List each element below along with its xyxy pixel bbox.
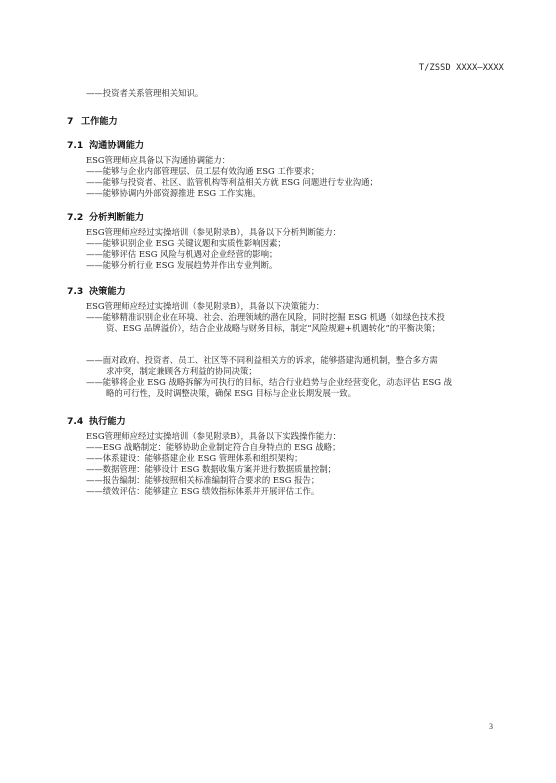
subsection-heading-7-1: 7.1沟通协调能力 bbox=[67, 137, 144, 151]
list-item: ——能够分析行业 ESG 发展趋势并作出专业判断。 bbox=[86, 260, 277, 271]
previous-list-item: ——投资者关系管理相关知识。 bbox=[86, 88, 203, 99]
section-title: 工作能力 bbox=[81, 116, 118, 127]
list-item: ——能够精准识别企业在环境、社会、治理领域的潜在风险，同时挖掘 ESG 机遇（如… bbox=[86, 312, 445, 323]
list-item: ——能够将企业 ESG 战略拆解为可执行的目标，结合行业趋势与企业经营变化，动态… bbox=[86, 377, 452, 388]
subsection-title: 分析判断能力 bbox=[89, 212, 144, 223]
list-item: ——报告编制：能够按照相关标准编制符合要求的 ESG 报告； bbox=[86, 475, 319, 486]
subsection-heading-7-4: 7.4执行能力 bbox=[67, 413, 126, 427]
subsection-intro: ESG管理师应经过实操培训（参见附录B），具备以下分析判断能力： bbox=[86, 227, 341, 238]
subsection-intro: ESG管理师应经过实操培训（参见附录B），具备以下决策能力： bbox=[86, 301, 324, 312]
list-item: ——数据管理：能够设计 ESG 数据收集方案并进行数据质量控制； bbox=[86, 464, 336, 475]
list-item: ——能够与投资者、社区、监管机构等利益相关方就 ESG 问题进行专业沟通； bbox=[86, 177, 378, 188]
subsection-number: 7.1 bbox=[67, 140, 89, 151]
subsection-heading-7-2: 7.2分析判断能力 bbox=[67, 209, 144, 223]
subsection-number: 7.4 bbox=[67, 416, 89, 427]
list-item: ——能够与企业内部管理层、员工层有效沟通 ESG 工作要求； bbox=[86, 166, 319, 177]
section-heading-7: 7工作能力 bbox=[67, 113, 118, 127]
list-item-continuation: 求冲突，制定兼顾各方利益的协同决策； bbox=[106, 366, 257, 377]
list-item: ——能够协调内外部资源推进 ESG 工作实施。 bbox=[86, 188, 261, 199]
list-item: ——能够评估 ESG 风险与机遇对企业经营的影响； bbox=[86, 249, 277, 260]
subsection-number: 7.3 bbox=[67, 286, 89, 297]
subsection-heading-7-3: 7.3决策能力 bbox=[67, 283, 126, 297]
list-item: ——绩效评估：能够建立 ESG 绩效指标体系并开展评估工作。 bbox=[86, 486, 319, 497]
subsection-intro: ESG管理师应具备以下沟通协调能力： bbox=[86, 155, 230, 166]
subsection-title: 决策能力 bbox=[89, 286, 126, 297]
list-item: ——能够识别企业 ESG 关键议题和实质性影响因素； bbox=[86, 238, 286, 249]
list-item: ——体系建设：能够搭建企业 ESG 管理体系和组织架构； bbox=[86, 453, 303, 464]
page-number: 3 bbox=[489, 722, 493, 731]
subsection-intro: ESG管理师应经过实操培训（参见附录B），具备以下实践操作能力： bbox=[86, 431, 341, 442]
section-number: 7 bbox=[67, 116, 81, 127]
subsection-title: 沟通协调能力 bbox=[89, 140, 144, 151]
subsection-title: 执行能力 bbox=[89, 416, 126, 427]
standard-code-header: T/ZSSD XXXX—XXXX bbox=[419, 63, 504, 73]
list-item: ——面对政府、投资者、员工、社区等不同利益相关方的诉求，能够搭建沟通机制，整合多… bbox=[86, 355, 438, 366]
subsection-number: 7.2 bbox=[67, 212, 89, 223]
list-item-continuation: 略的可行性，及时调整决策，确保 ESG 目标与企业长期发展一致。 bbox=[106, 388, 356, 399]
list-item-continuation: 资、ESG 品牌溢价），结合企业战略与财务目标，制定“风险规避+机遇转化”的平衡… bbox=[106, 323, 440, 334]
list-item: ——ESG 战略制定：能够协助企业制定符合自身特点的 ESG 战略； bbox=[86, 442, 340, 453]
